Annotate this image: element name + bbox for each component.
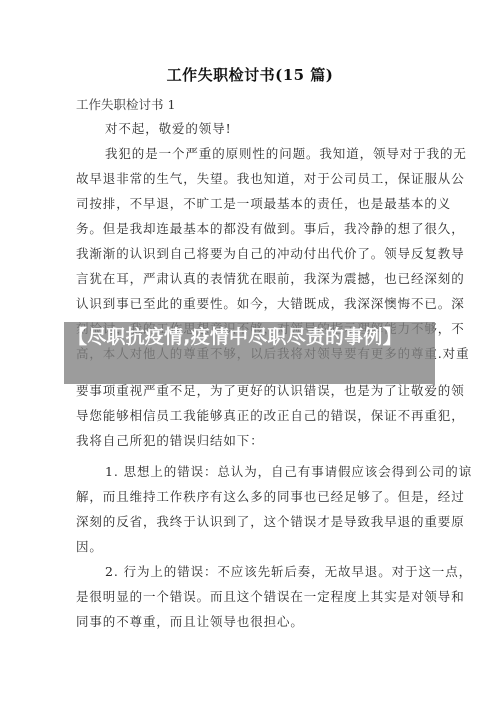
document-subtitle: 工作失职检讨书 1 [76, 95, 175, 113]
body-line: 要事项重视严重不足，为了更好的认识错误，也是为了让敬爱的领 [76, 384, 426, 398]
body-line: 司按排，不早退，不旷工是一项最基本的责任，也是最基本的义 [76, 197, 426, 211]
body-line: 解，而且维持工作秩序有这么多的同事也已经足够了。但是，经过 [76, 490, 426, 504]
body-line: 我渐渐的认识到自己将要为自己的冲动付出代价了。领导反复教导 [76, 247, 426, 261]
body-line: 认识到事已至此的重要性。如今，大错既成，我深深懊悔不已。深 [76, 297, 426, 311]
body-line: 同事的不尊重，而且让领导也很担心。 [76, 615, 426, 629]
body-line: 导您能够相信员工我能够真正的改正自己的错误，保证不再重犯， [76, 409, 426, 423]
body-line: 我将自己所犯的错误归结如下： [76, 434, 426, 448]
body-line: 因。 [76, 540, 426, 554]
body-line: 言犹在耳，严肃认真的表情犹在眼前，我深为震撼，也已经深刻的 [76, 272, 426, 286]
body-line: 2. 行为上的错误：不应该先斩后奏，无故早退。对于这一点， [105, 565, 455, 579]
body-line: 务。但是我却连最基本的都没有做到。事后，我冷静的想了很久， [76, 222, 426, 236]
body-line: 1. 思想上的错误：总认为，自己有事请假应该会得到公司的谅 [105, 465, 455, 479]
body-line: 我犯的是一个严重的原则性的问题。我知道，领导对于我的无 [105, 147, 455, 161]
document-title: 工作失职检讨书(15 篇) [0, 64, 500, 85]
banner-title[interactable]: 【尽职抗疫情,疫情中尽职尽责的事例】 [68, 325, 434, 350]
body-line: 对不起，敬爱的领导! [105, 122, 455, 136]
title-banner-overlay[interactable]: 【尽职抗疫情,疫情中尽职尽责的事例】 [64, 322, 435, 384]
body-line: 深刻的反省，我终于认识到了，这个错误才是导致我早退的重要原 [76, 515, 426, 529]
body-line: 故早退非常的生气，失望。我也知道，对于公司员工，保证服从公 [76, 172, 426, 186]
body-line: 是很明显的一个错误。而且这个错误在一定程度上其实是对领导和 [76, 590, 426, 604]
